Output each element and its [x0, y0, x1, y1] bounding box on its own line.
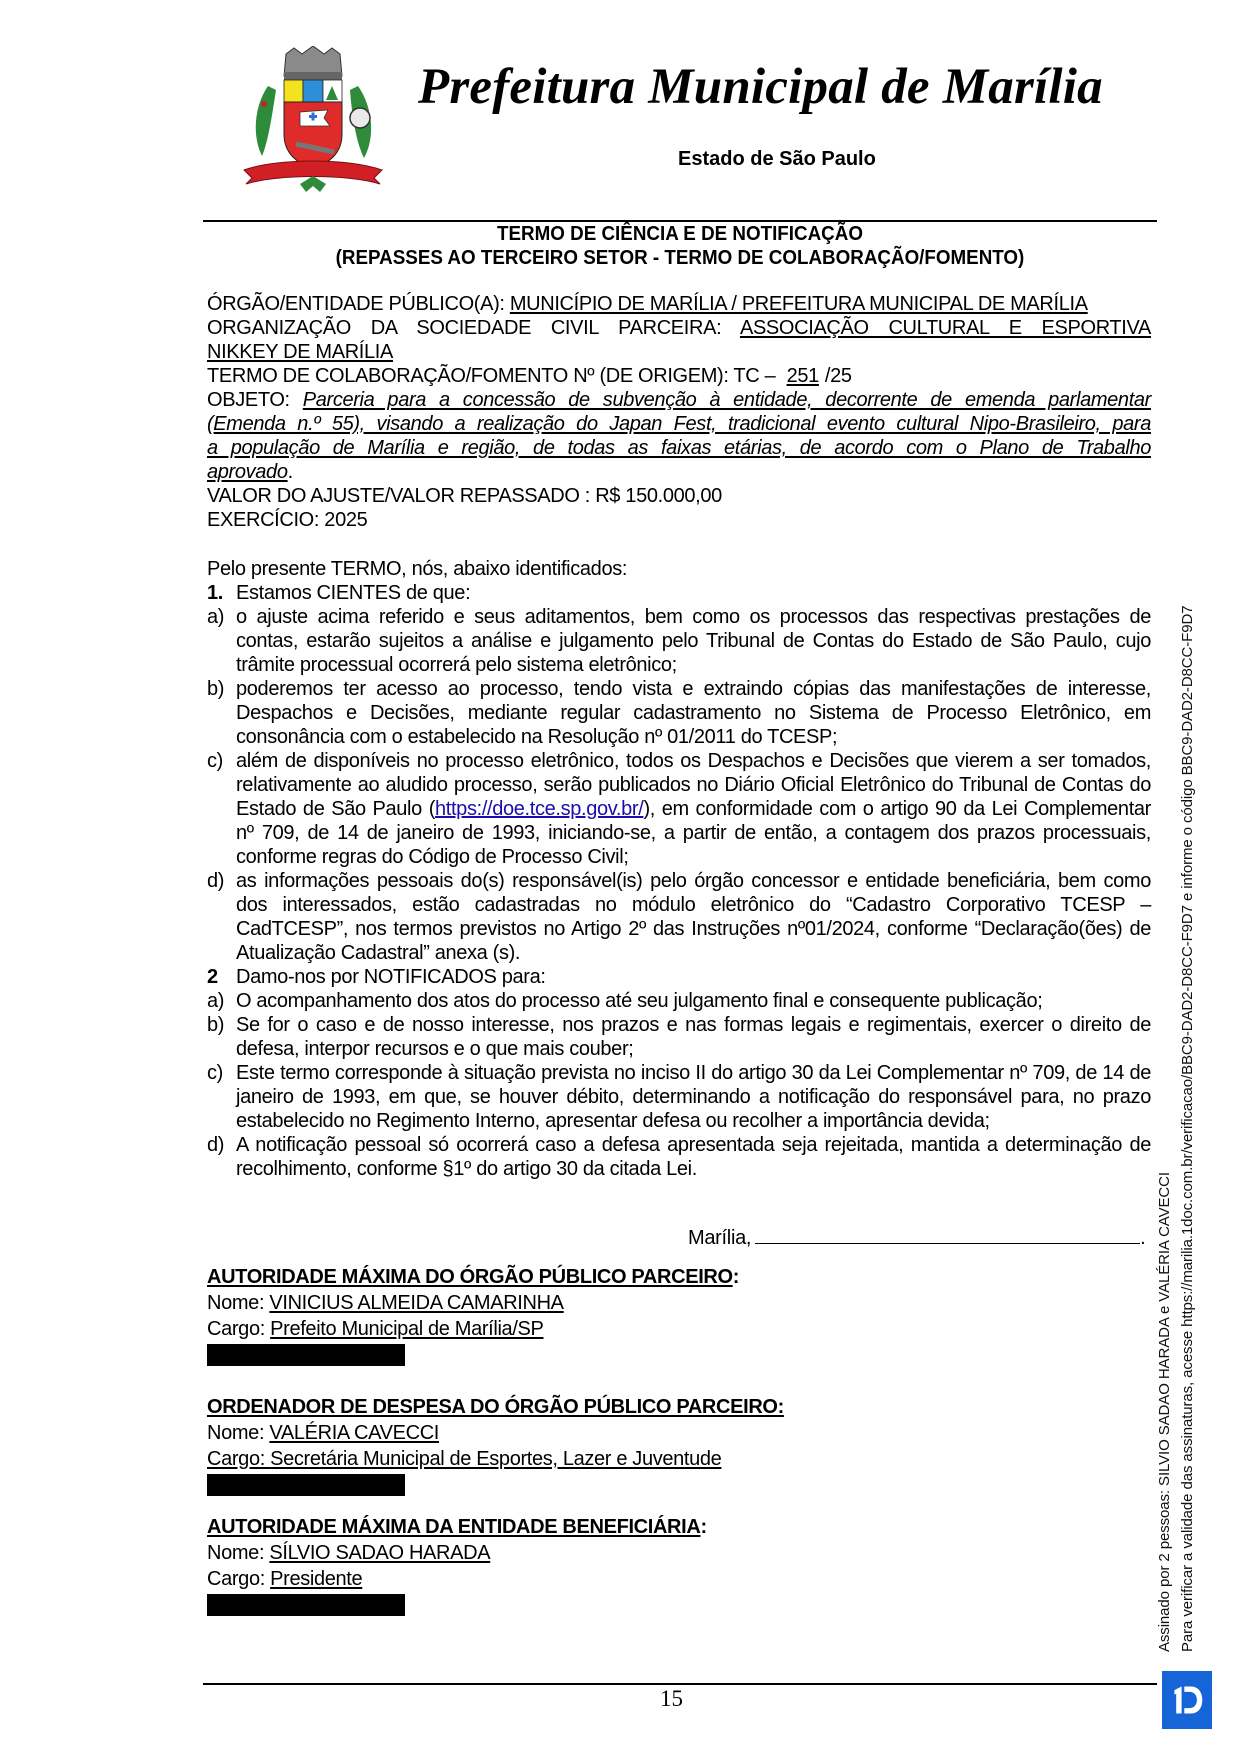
termo-line: TERMO DE COLABORAÇÃO/FOMENTO Nº (DE ORIG… — [207, 364, 1151, 388]
objeto-text-2: (Emenda n.º 55), visando a realização do… — [207, 413, 1151, 435]
document-body: Pelo presente TERMO, nós, abaixo identif… — [207, 557, 1151, 1181]
signatory-name-line: Nome: VINICIUS ALMEIDA CAMARINHA — [207, 1290, 739, 1316]
section-title: Damo-nos por NOTIFICADOS para: — [236, 965, 1151, 989]
cargo-label: Cargo: — [207, 1568, 270, 1590]
intro-text: Pelo presente TERMO, nós, abaixo identif… — [207, 557, 1151, 581]
objeto-text-3: a população de Marília e região, de toda… — [207, 437, 1151, 459]
item-text: poderemos ter acesso ao processo, tendo … — [236, 677, 1151, 749]
osc-value-cont: NIKKEY DE MARÍLIA — [207, 341, 393, 363]
signatory-cargo: Secretária Municipal de Esportes, Lazer … — [270, 1448, 721, 1470]
cargo-label: Cargo: — [207, 1318, 270, 1340]
osc-line: ORGANIZAÇÃO DA SOCIEDADE CIVIL PARCEIRA:… — [207, 316, 1151, 340]
valor-line: VALOR DO AJUSTE/VALOR REPASSADO : R$ 150… — [207, 484, 1151, 508]
section-number: 1. — [207, 581, 236, 605]
signatory-name: VINICIUS ALMEIDA CAMARINHA — [269, 1292, 563, 1314]
item-text: Este termo corresponde à situação previs… — [236, 1061, 1151, 1133]
signatory-heading: ORDENADOR DE DESPESA DO ÓRGÃO PÚBLICO PA… — [207, 1394, 784, 1420]
objeto-line-2: (Emenda n.º 55), visando a realização do… — [207, 412, 1151, 436]
item-mark: b) — [207, 1013, 236, 1061]
item-mark: d) — [207, 869, 236, 965]
termo-suffix: /25 — [825, 365, 852, 387]
exercicio-line: EXERCÍCIO: 2025 — [207, 508, 1151, 532]
document-meta: ÓRGÃO/ENTIDADE PÚBLICO(A): MUNICÍPIO DE … — [207, 292, 1151, 532]
signatory-block: AUTORIDADE MÁXIMA DA ENTIDADE BENEFICIÁR… — [207, 1514, 707, 1616]
page-number: 15 — [660, 1686, 683, 1712]
1doc-glyph-icon — [1169, 1682, 1205, 1718]
item-mark: d) — [207, 1133, 236, 1181]
signatory-name: VALÉRIA CAVECCI — [269, 1422, 439, 1444]
document-title-line1: TERMO DE CIÊNCIA E DE NOTIFICAÇÃO — [232, 222, 1129, 246]
signatory-heading: AUTORIDADE MÁXIMA DO ÓRGÃO PÚBLICO PARCE… — [207, 1264, 739, 1290]
valor-label: VALOR DO AJUSTE/VALOR REPASSADO : — [207, 485, 595, 507]
signatory-name-line: Nome: SÍLVIO SADAO HARADA — [207, 1540, 707, 1566]
document-title-line2: (REPASSES AO TERCEIRO SETOR - TERMO DE C… — [232, 246, 1129, 270]
signatory-cargo: Prefeito Municipal de Marília/SP — [270, 1318, 543, 1340]
item-mark: b) — [207, 677, 236, 749]
nome-label: Nome: — [207, 1292, 269, 1314]
nome-label: Nome: — [207, 1542, 269, 1564]
osc-value: ASSOCIAÇÃO CULTURAL E ESPORTIVA — [740, 317, 1151, 339]
signature-stamp-line2[interactable]: Para verificar a validade das assinatura… — [1179, 606, 1196, 1652]
orgao-label: ÓRGÃO/ENTIDADE PÚBLICO(A): — [207, 293, 510, 315]
termo-label: TERMO DE COLABORAÇÃO/FOMENTO Nº (DE ORIG… — [207, 365, 781, 387]
section-2-heading: 2 Damo-nos por NOTIFICADOS para: — [207, 965, 1151, 989]
list-item: c) além de disponíveis no processo eletr… — [207, 749, 1151, 869]
item-mark: c) — [207, 1061, 236, 1133]
item-text: as informações pessoais do(s) responsáve… — [236, 869, 1151, 965]
date-end: . — [1140, 1227, 1145, 1249]
cargo-label: Cargo: — [207, 1448, 270, 1470]
objeto-label: OBJETO: — [207, 389, 303, 411]
nome-label: Nome: — [207, 1422, 269, 1444]
item-text: A notificação pessoal só ocorrerá caso a… — [236, 1133, 1151, 1181]
orgao-value: MUNICÍPIO DE MARÍLIA / PREFEITURA MUNICI… — [510, 293, 1088, 315]
redacted-field — [207, 1344, 405, 1366]
signatory-heading-text: AUTORIDADE MÁXIMA DA ENTIDADE BENEFICIÁR… — [207, 1516, 700, 1538]
objeto-text-4: aprovado — [207, 461, 288, 483]
osc-label: ORGANIZAÇÃO DA SOCIEDADE CIVIL PARCEIRA: — [207, 317, 740, 339]
signatory-cargo-line: Cargo: Secretária Municipal de Esportes,… — [207, 1446, 784, 1472]
signatory-cargo: Presidente — [270, 1568, 362, 1590]
list-item: a) o ajuste acima referido e seus aditam… — [207, 605, 1151, 677]
list-item: d) A notificação pessoal só ocorrerá cas… — [207, 1133, 1151, 1181]
header-subtitle: Estado de São Paulo — [678, 148, 876, 171]
signatory-name-line: Nome: VALÉRIA CAVECCI — [207, 1420, 784, 1446]
exercicio-value: 2025 — [324, 509, 367, 531]
osc-line-cont: NIKKEY DE MARÍLIA — [207, 340, 1151, 364]
section-number: 2 — [207, 965, 236, 989]
item-mark: a) — [207, 989, 236, 1013]
tce-link[interactable]: https://doe.tce.sp.gov.br/ — [435, 798, 643, 820]
objeto-end: . — [288, 461, 293, 483]
valor-value: R$ 150.000,00 — [595, 485, 722, 507]
signatory-cargo-line: Cargo: Presidente — [207, 1566, 707, 1592]
date-blank-field[interactable] — [755, 1225, 1140, 1244]
item-text: O acompanhamento dos atos do processo at… — [236, 989, 1151, 1013]
document-title: TERMO DE CIÊNCIA E DE NOTIFICAÇÃO (REPAS… — [232, 222, 1129, 270]
signatory-name: SÍLVIO SADAO HARADA — [269, 1542, 490, 1564]
list-item: b) poderemos ter acesso ao processo, ten… — [207, 677, 1151, 749]
termo-number: 251 — [781, 365, 825, 387]
section-title: Estamos CIENTES de que: — [236, 581, 1151, 605]
date-line: Marília,. — [688, 1225, 1145, 1250]
orgao-line: ÓRGÃO/ENTIDADE PÚBLICO(A): MUNICÍPIO DE … — [207, 292, 1151, 316]
objeto-line-3: a população de Marília e região, de toda… — [207, 436, 1151, 460]
item-mark: a) — [207, 605, 236, 677]
section-1-heading: 1. Estamos CIENTES de que: — [207, 581, 1151, 605]
coat-of-arms-logo — [238, 46, 388, 194]
signatory-heading-colon: : — [733, 1266, 739, 1288]
date-city: Marília, — [688, 1227, 751, 1249]
redacted-field — [207, 1594, 405, 1616]
redacted-field — [207, 1474, 405, 1496]
list-item: c) Este termo corresponde à situação pre… — [207, 1061, 1151, 1133]
list-item: b) Se for o caso e de nosso interesse, n… — [207, 1013, 1151, 1061]
objeto-line-4: aprovado. — [207, 460, 1151, 484]
exercicio-label: EXERCÍCIO: — [207, 509, 324, 531]
signatory-heading-text: AUTORIDADE MÁXIMA DO ÓRGÃO PÚBLICO PARCE… — [207, 1266, 733, 1288]
signatory-cargo-line: Cargo: Prefeito Municipal de Marília/SP — [207, 1316, 739, 1342]
signature-stamp-line1: Assinado por 2 pessoas: SILVIO SADAO HAR… — [1156, 1172, 1173, 1652]
signatory-block: AUTORIDADE MÁXIMA DO ÓRGÃO PÚBLICO PARCE… — [207, 1264, 739, 1366]
item-mark: c) — [207, 749, 236, 869]
item-text: além de disponíveis no processo eletrôni… — [236, 749, 1151, 869]
list-item: a) O acompanhamento dos atos do processo… — [207, 989, 1151, 1013]
signatory-heading-colon: : — [700, 1516, 706, 1538]
signatory-heading-text: ORDENADOR DE DESPESA DO ÓRGÃO PÚBLICO PA… — [207, 1396, 784, 1418]
item-text: o ajuste acima referido e seus aditament… — [236, 605, 1151, 677]
list-item: d) as informações pessoais do(s) respons… — [207, 869, 1151, 965]
objeto-text-1: Parceria para a concessão de subvenção à… — [303, 389, 1151, 411]
1doc-logo-icon[interactable] — [1162, 1671, 1212, 1729]
item-text: Se for o caso e de nosso interesse, nos … — [236, 1013, 1151, 1061]
signatory-heading: AUTORIDADE MÁXIMA DA ENTIDADE BENEFICIÁR… — [207, 1514, 707, 1540]
footer-divider — [203, 1683, 1157, 1685]
signatory-block: ORDENADOR DE DESPESA DO ÓRGÃO PÚBLICO PA… — [207, 1394, 784, 1496]
objeto-line: OBJETO: Parceria para a concessão de sub… — [207, 388, 1151, 412]
header-title: Prefeitura Municipal de Marília — [418, 58, 1103, 116]
